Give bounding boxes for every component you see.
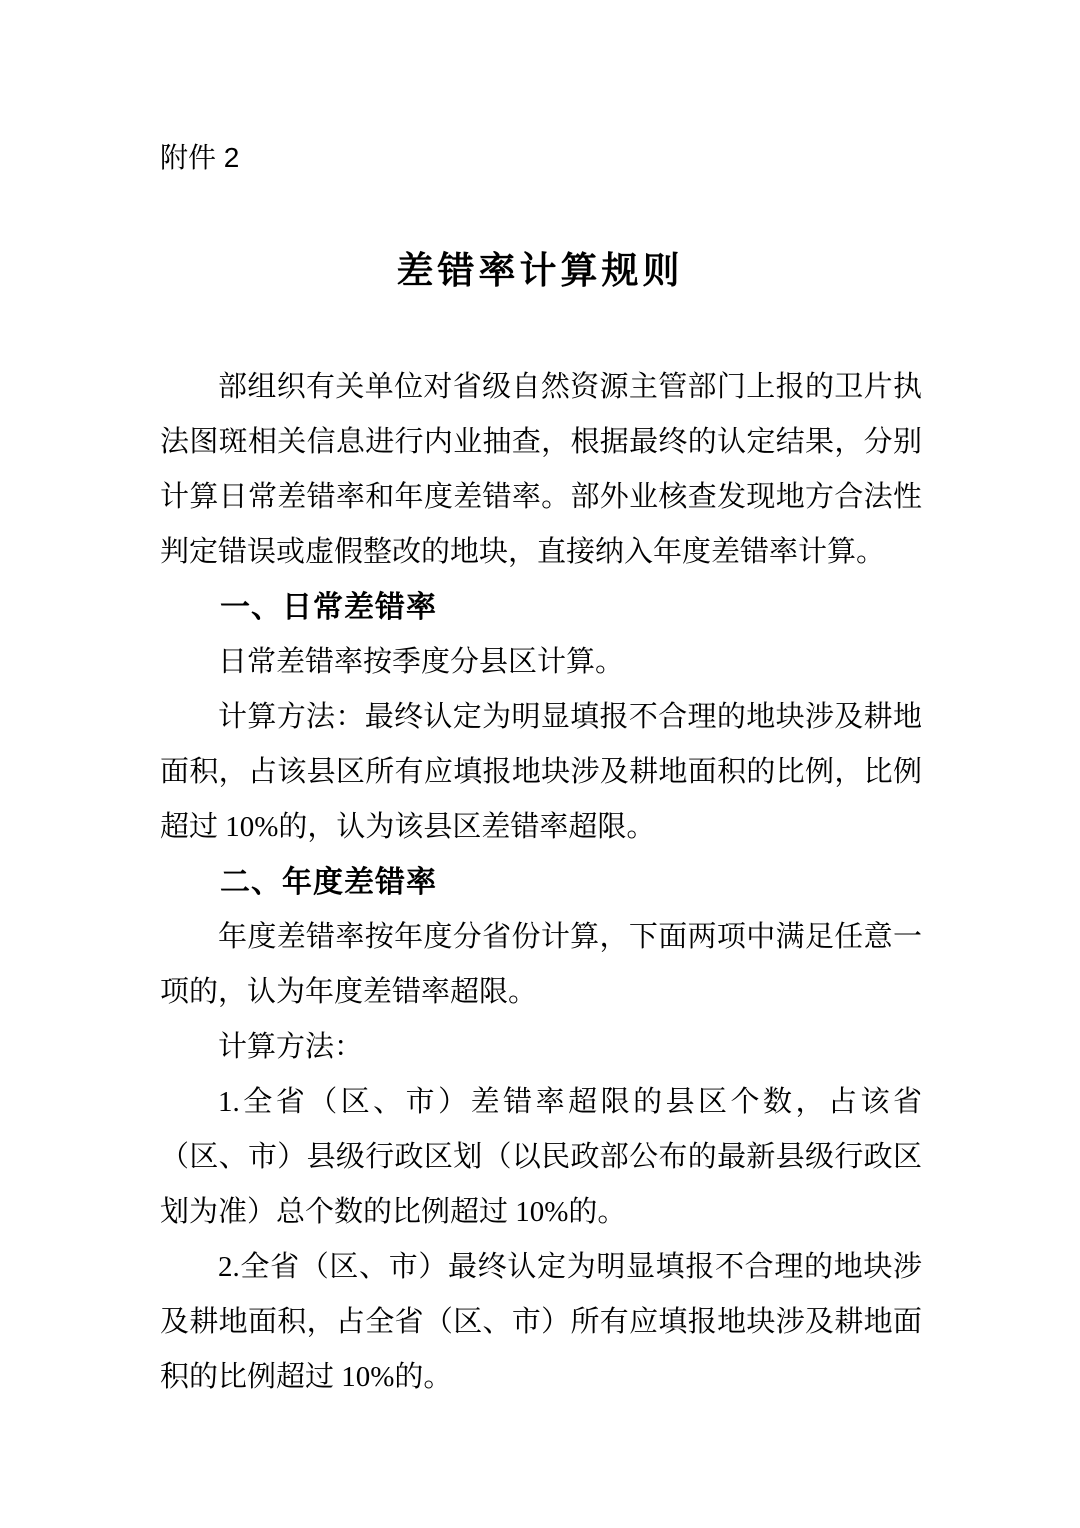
paragraph-annual-method-label: 计算方法： [160,1020,922,1075]
paragraph-annual-criterion-2: 2.全省（区、市）最终认定为明显填报不合理的地块涉及耕地面积，占全省（区、市）所… [160,1240,922,1405]
paragraph-daily-scope: 日常差错率按季度分县区计算。 [160,635,922,690]
section-heading-annual-error-rate: 二、年度差错率 [160,855,922,910]
section-heading-daily-error-rate: 一、日常差错率 [160,580,922,635]
document-body: 部组织有关单位对省级自然资源主管部门上报的卫片执法图斑相关信息进行内业抽查，根据… [160,360,922,1405]
paragraph-annual-scope: 年度差错率按年度分省份计算，下面两项中满足任意一项的，认为年度差错率超限。 [160,910,922,1020]
attachment-label: 附件 2 [160,140,239,176]
paragraph-intro: 部组织有关单位对省级自然资源主管部门上报的卫片执法图斑相关信息进行内业抽查，根据… [160,360,922,580]
document-page: 附件 2 差错率计算规则 部组织有关单位对省级自然资源主管部门上报的卫片执法图斑… [0,0,1080,1528]
page-title: 差错率计算规则 [0,240,1080,294]
paragraph-annual-criterion-1: 1.全省（区、市）差错率超限的县区个数，占该省（区、市）县级行政区划（以民政部公… [160,1075,922,1240]
paragraph-daily-method: 计算方法：最终认定为明显填报不合理的地块涉及耕地面积，占该县区所有应填报地块涉及… [160,690,922,855]
